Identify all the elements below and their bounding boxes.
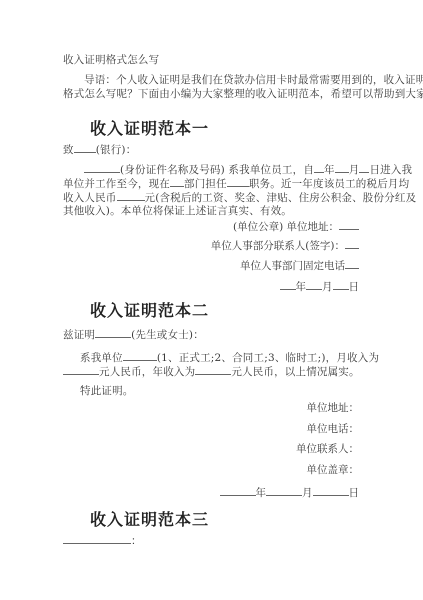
sample1-heading: 收入证明范本一: [90, 116, 209, 139]
body-text: 部门担任: [184, 178, 227, 190]
blank: [220, 485, 256, 496]
sample2-address: 单位地址：: [307, 401, 360, 415]
date-label: 月: [302, 487, 313, 499]
blank: [227, 176, 249, 187]
body-text: 单位并工作至今，现在: [63, 178, 170, 190]
sample2-body-line-2: 元人民币，年收入为元人民币，以上情况属实。: [63, 364, 360, 379]
body-text: 职务。近一年度该员工的税后月均: [249, 178, 410, 190]
name-blank: [95, 327, 131, 338]
addressee-prefix: 致: [63, 144, 74, 156]
sample1-hr-contact: 单位人事部分联系人(签字)：: [211, 238, 359, 253]
blank: [335, 162, 349, 173]
bank-blank: [74, 142, 96, 153]
blank: [359, 162, 369, 173]
sign-label: (单位公章) 单位地址：: [233, 221, 339, 233]
body-text: 元人民币，以上情况属实。: [231, 366, 359, 378]
blank: [195, 364, 231, 375]
sample1-addressee: 致(银行)：: [63, 142, 136, 157]
blank: [170, 176, 184, 187]
sample1-body-line-1: (身份证件名称及号码) 系我单位员工，自年月日进入我: [84, 162, 412, 177]
date-label: 日: [349, 487, 360, 499]
blank: [266, 485, 302, 496]
sample1-body-line-2: 单位并工作至今，现在部门担任职务。近一年度该员工的税后月均: [63, 176, 409, 191]
sample2-contact: 单位联系人：: [296, 442, 359, 456]
intro-line-1: 导语：个人收入证明是我们在贷款办信用卡时最常需要用到的，收入证明: [84, 73, 423, 87]
body-text: (先生或女士)：: [131, 329, 204, 341]
sample2-body-line-1: 系我单位(1、正式工;2、合同工;3、临时工;)，月收入为: [80, 350, 379, 365]
blank: [314, 162, 324, 173]
sample3-heading: 收入证明范本三: [90, 507, 209, 530]
body-text: ：: [131, 535, 142, 547]
blank: [280, 279, 296, 290]
sample3-salutation: ：: [63, 533, 142, 548]
document-page: 收入证明格式怎么写 导语：个人收入证明是我们在贷款办信用卡时最常需要用到的，收入…: [0, 0, 423, 600]
id-blank: [84, 162, 120, 173]
intro-line-2: 格式怎么写呢？下面由小编为大家整理的收入证明范本，希望可以帮助到大家！: [63, 87, 423, 101]
blank: [63, 364, 99, 375]
sample1-date: 年月日: [280, 279, 360, 294]
body-text: 系我单位: [80, 352, 123, 364]
blank: [313, 485, 349, 496]
document-title: 收入证明格式怎么写: [63, 53, 159, 67]
blank: [117, 190, 145, 201]
sample1-seal-address: (单位公章) 单位地址：: [233, 219, 359, 234]
sample1-body-line-4: 其他收入)。本单位将保证上述证言真实、有效。: [63, 204, 292, 218]
sample2-heading: 收入证明范本二: [90, 298, 209, 321]
blank: [345, 238, 359, 249]
recipient-blank: [63, 533, 131, 544]
date-label: 日: [349, 281, 360, 293]
body-text: (身份证件名称及号码) 系我单位员工，自: [120, 164, 314, 176]
sample2-closing: 特此证明。: [80, 384, 134, 398]
date-label: 月: [322, 281, 333, 293]
blank: [333, 279, 349, 290]
blank: [123, 350, 157, 361]
body-text: 月: [349, 164, 360, 176]
sample1-body-line-3: 收入人民币元(含税后的工资、奖金、津贴、住房公积金、股份分红及: [63, 190, 416, 205]
sample2-phone: 单位电话：: [307, 422, 360, 436]
body-text: 兹证明: [63, 329, 95, 341]
body-text: 日进入我: [369, 164, 412, 176]
addressee-suffix: (银行)：: [96, 144, 137, 156]
sample1-hr-phone: 单位人事部门固定电话: [240, 258, 359, 273]
blank: [306, 279, 322, 290]
body-text: 收入人民币: [63, 192, 117, 204]
body-text: (1、正式工;2、合同工;3、临时工;)，月收入为: [157, 352, 379, 364]
date-label: 年: [296, 281, 307, 293]
sample2-date: 年月日: [220, 485, 360, 500]
body-text: 年: [324, 164, 335, 176]
blank: [339, 219, 359, 230]
body-text: 元人民币，年收入为: [99, 366, 195, 378]
sign-label: 单位人事部分联系人(签字)：: [211, 240, 345, 252]
sample2-seal: 单位盖章：: [307, 463, 360, 477]
sample2-certify: 兹证明(先生或女士)：: [63, 327, 204, 342]
sign-label: 单位人事部门固定电话: [240, 260, 345, 272]
body-text: 元(含税后的工资、奖金、津贴、住房公积金、股份分红及: [145, 192, 417, 204]
date-label: 年: [256, 487, 267, 499]
blank: [345, 258, 359, 269]
